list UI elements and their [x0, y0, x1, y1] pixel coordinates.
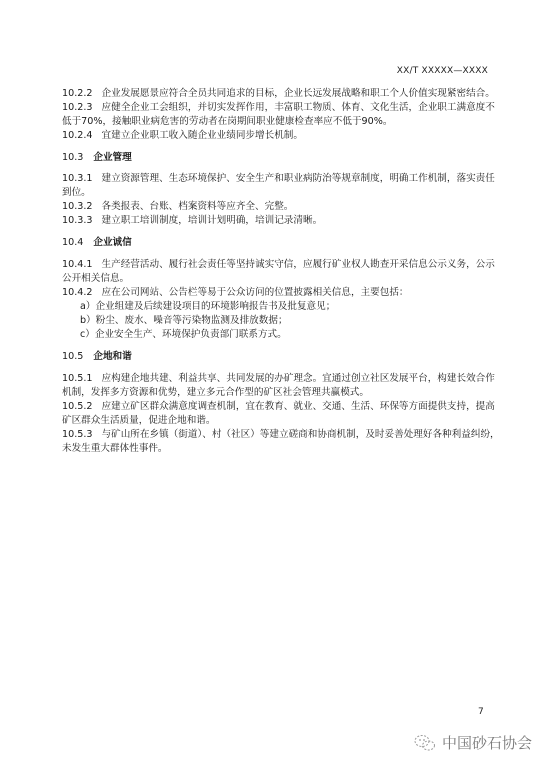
clause-text: 企业发展愿景应符合全员共同追求的目标，企业长远发展战略和职工个人价值实现紧密结合… — [102, 88, 495, 99]
clause-10-3-3: 10.3.3建立职工培训制度，培训计划明确，培训记录清晰。 — [62, 214, 482, 228]
clause-text: 宜建立企业职工收入随企业业绩同步增长机制。 — [102, 130, 303, 141]
list-item-text: 企业组建及后续建设项目的环境影响报告书及批复意见； — [95, 301, 335, 312]
section-title: 企业管理 — [93, 152, 131, 163]
clause-10-3-2: 10.3.2各类报表、台账、档案资料等应齐全、完整。 — [62, 200, 482, 214]
clause-text: 低于70%，接触职业病危害的劳动者在岗期间职业健康检查率应不低于90%。 — [62, 116, 392, 127]
clause-10-3-1: 10.3.1建立资源管理、生态环境保护、安全生产和职业病防治等规章制度，明确工作… — [62, 172, 482, 186]
watermark-text: 中国砂石协会 — [442, 732, 532, 753]
list-item-text: 粉尘、废水、噪音等污染物监测及排放数据； — [96, 315, 288, 326]
clause-number: 10.5.2 — [62, 400, 93, 414]
section-heading-10-5: 10.5企地和谐 — [62, 350, 482, 364]
clause-number: 10.2.3 — [62, 101, 93, 115]
list-item-b: b）粉尘、废水、噪音等污染物监测及排放数据； — [80, 314, 500, 328]
clause-text: 应构建企地共建、利益共享、共同发展的办矿理念。宜通过创立社区发展平台，构建长效合… — [102, 373, 495, 384]
document-code-header: XX/T XXXXX—XXXX — [397, 66, 488, 76]
clause-text: 机制，发挥多方资源和优势，建立多元合作型的矿区社会管理共赢模式。 — [62, 387, 369, 398]
page-number: 7 — [478, 707, 484, 717]
section-title: 企业诚信 — [93, 237, 131, 248]
section-number: 10.5 — [62, 350, 83, 364]
clause-text: 各类报表、台账、档案资料等应齐全、完整。 — [102, 201, 294, 212]
clause-text: 应建立矿区群众满意度调查机制，宜在教育、就业、交通、生活、环保等方面提供支持，提… — [102, 401, 495, 412]
list-marker: b） — [80, 315, 96, 326]
clause-continuation: 到位。 — [62, 186, 482, 200]
clause-continuation: 低于70%，接触职业病危害的劳动者在岗期间职业健康检查率应不低于90%。 — [62, 115, 482, 129]
clause-text: 与矿山所在乡镇（街道）、村（社区）等建立磋商和协商机制，及时妥善处理好各种利益纠… — [102, 429, 500, 440]
list-marker: c） — [80, 329, 95, 340]
clause-text: 建立职工培训制度，培训计划明确，培训记录清晰。 — [102, 215, 323, 226]
clause-number: 10.3.3 — [62, 214, 93, 228]
clause-number: 10.4.1 — [62, 258, 93, 272]
clause-text: 生产经营活动、履行社会责任等坚持诚实守信，应履行矿业权人勘查开采信息公示义务，公… — [102, 259, 495, 270]
clause-text: 建立资源管理、生态环境保护、安全生产和职业病防治等规章制度，明确工作机制，落实责… — [102, 173, 495, 184]
section-heading-10-3: 10.3企业管理 — [62, 151, 482, 165]
clause-text: 应在公司网站、公告栏等易于公众访问的位置披露相关信息，主要包括： — [102, 287, 409, 298]
clause-continuation: 机制，发挥多方资源和优势，建立多元合作型的矿区社会管理共赢模式。 — [62, 386, 482, 400]
list-item-text: 企业安全生产、环境保护负责部门联系方式。 — [95, 329, 287, 340]
clause-number: 10.2.4 — [62, 129, 93, 143]
clause-10-5-1: 10.5.1应构建企地共建、利益共享、共同发展的办矿理念。宜通过创立社区发展平台… — [62, 372, 482, 386]
watermark: 中国砂石协会 — [414, 732, 532, 753]
clause-10-5-2: 10.5.2应建立矿区群众满意度调查机制，宜在教育、就业、交通、生活、环保等方面… — [62, 400, 482, 414]
list-item-c: c）企业安全生产、环境保护负责部门联系方式。 — [80, 328, 500, 342]
clause-number: 10.4.2 — [62, 286, 93, 300]
clause-continuation: 矿区群众生活质量，促进企地和谐。 — [62, 414, 482, 428]
clause-10-5-3: 10.5.3与矿山所在乡镇（街道）、村（社区）等建立磋商和协商机制，及时妥善处理… — [62, 428, 482, 442]
clause-10-2-3: 10.2.3应健全企业工会组织，并切实发挥作用，丰富职工物质、体育、文化生活，企… — [62, 101, 482, 115]
section-heading-10-4: 10.4企业诚信 — [62, 236, 482, 250]
clause-text: 应健全企业工会组织，并切实发挥作用，丰富职工物质、体育、文化生活，企业职工满意度… — [102, 102, 495, 113]
section-title: 企地和谐 — [93, 351, 131, 362]
section-number: 10.4 — [62, 236, 83, 250]
clause-text: 到位。 — [62, 187, 91, 198]
clause-text: 公开相关信息。 — [62, 273, 129, 284]
clause-continuation: 未发生重大群体性事件。 — [62, 442, 482, 456]
clause-number: 10.5.1 — [62, 372, 93, 386]
clause-number: 10.2.2 — [62, 87, 93, 101]
clause-number: 10.5.3 — [62, 428, 93, 442]
clause-number: 10.3.2 — [62, 200, 93, 214]
clause-10-2-4: 10.2.4宜建立企业职工收入随企业业绩同步增长机制。 — [62, 129, 482, 143]
wechat-icon — [414, 734, 436, 752]
clause-10-4-2: 10.4.2应在公司网站、公告栏等易于公众访问的位置披露相关信息，主要包括： — [62, 286, 482, 300]
list-item-a: a）企业组建及后续建设项目的环境影响报告书及批复意见； — [80, 300, 500, 314]
clause-10-4-1: 10.4.1生产经营活动、履行社会责任等坚持诚实守信，应履行矿业权人勘查开采信息… — [62, 258, 482, 272]
clause-text: 未发生重大群体性事件。 — [62, 443, 168, 454]
clause-number: 10.3.1 — [62, 172, 93, 186]
section-number: 10.3 — [62, 151, 83, 165]
clause-text: 矿区群众生活质量，促进企地和谐。 — [62, 415, 216, 426]
list-marker: a） — [80, 301, 95, 312]
clause-10-2-2: 10.2.2企业发展愿景应符合全员共同追求的目标，企业长远发展战略和职工个人价值… — [62, 87, 482, 101]
clause-continuation: 公开相关信息。 — [62, 272, 482, 286]
